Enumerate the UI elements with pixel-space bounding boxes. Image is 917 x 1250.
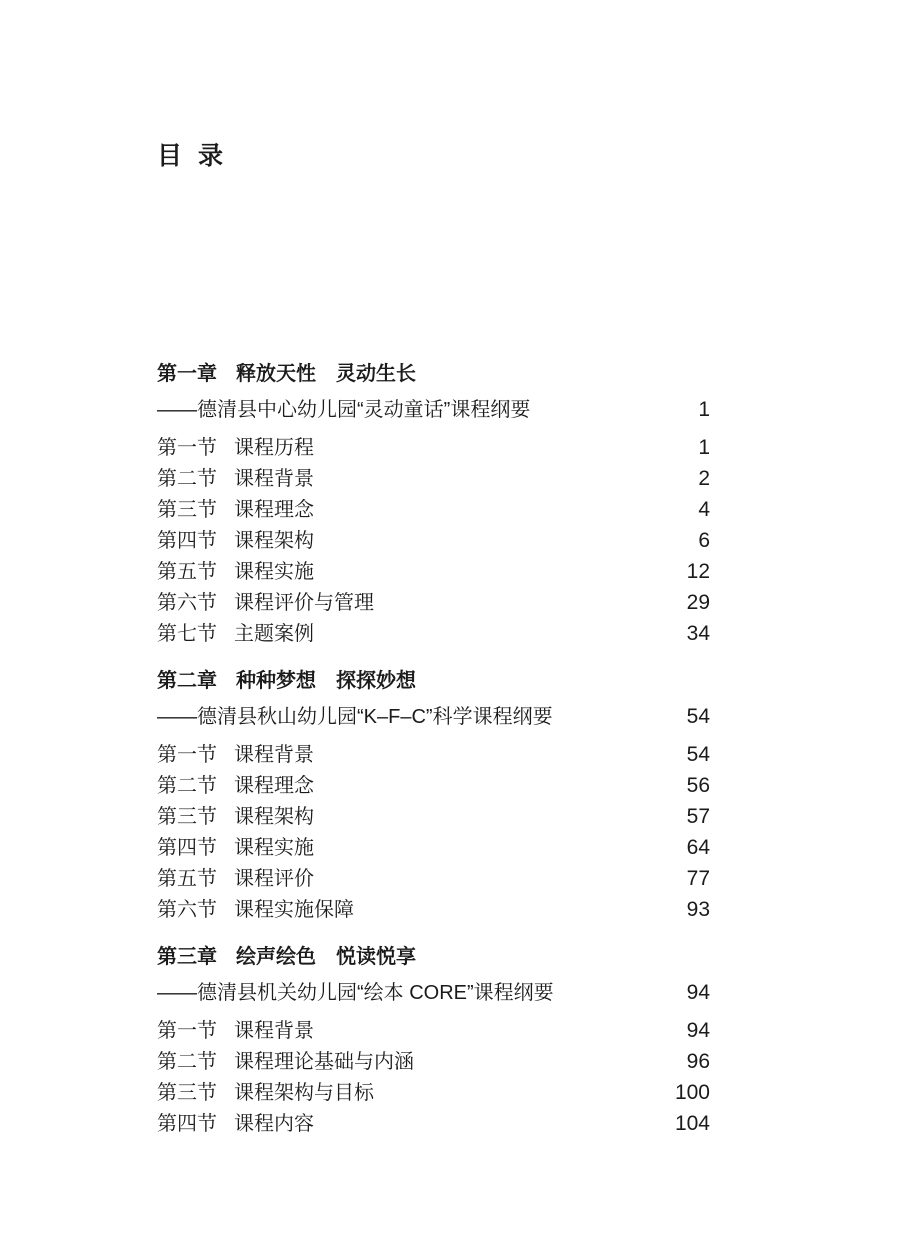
chapter-sections: 第一节课程背景54第二节课程理念56第三节课程架构57第四节课程实施64第五节课… bbox=[157, 739, 710, 925]
chapter-label: 第二章 bbox=[157, 666, 217, 697]
section-label: 第七节 bbox=[157, 619, 217, 650]
chapter-subtitle-row: ——德清县中心幼儿园“灵动童话”课程纲要1 bbox=[157, 394, 710, 425]
chapter-title: 释放天性 灵动生长 bbox=[236, 359, 416, 390]
section-title: 课程评价 bbox=[234, 864, 314, 895]
page-number: 94 bbox=[675, 977, 710, 1008]
page-number: 56 bbox=[675, 770, 710, 801]
page-number: 1 bbox=[686, 432, 710, 463]
section-label: 第六节 bbox=[157, 588, 217, 619]
toc-chapter: 第三章绘声绘色 悦读悦享——德清县机关幼儿园“绘本 CORE”课程纲要94第一节… bbox=[157, 942, 710, 1139]
chapter-subtitle: ——德清县中心幼儿园“灵动童话”课程纲要 bbox=[157, 395, 530, 426]
page-number: 96 bbox=[675, 1046, 710, 1077]
toc-entry: 第三节课程理念4 bbox=[157, 494, 710, 525]
section-title: 课程实施 bbox=[234, 833, 314, 864]
section-title: 课程架构与目标 bbox=[234, 1078, 374, 1109]
page-number: 104 bbox=[663, 1108, 710, 1139]
chapter-subtitle: ——德清县秋山幼儿园“K–F–C”科学课程纲要 bbox=[157, 702, 553, 733]
page-title: 目 录 bbox=[157, 141, 224, 171]
chapter-label: 第一章 bbox=[157, 359, 217, 390]
toc-entry: 第一节课程历程1 bbox=[157, 432, 710, 463]
page-number: 100 bbox=[663, 1077, 710, 1108]
page-number: 6 bbox=[686, 525, 710, 556]
toc-entry: 第七节主题案例34 bbox=[157, 618, 710, 649]
toc-entry: 第六节课程实施保障93 bbox=[157, 894, 710, 925]
page-number: 4 bbox=[686, 494, 710, 525]
toc-entry: 第四节课程架构6 bbox=[157, 525, 710, 556]
section-label: 第三节 bbox=[157, 802, 217, 833]
section-title: 课程实施保障 bbox=[234, 895, 354, 926]
section-label: 第四节 bbox=[157, 833, 217, 864]
chapter-subtitle-row: ——德清县秋山幼儿园“K–F–C”科学课程纲要54 bbox=[157, 701, 710, 732]
section-label: 第一节 bbox=[157, 1016, 217, 1047]
section-title: 课程内容 bbox=[234, 1109, 314, 1140]
toc-entry: 第五节课程评价77 bbox=[157, 863, 710, 894]
section-title: 课程历程 bbox=[234, 433, 314, 464]
section-label: 第一节 bbox=[157, 433, 217, 464]
section-label: 第二节 bbox=[157, 464, 217, 495]
toc-page: 目 录 第一章释放天性 灵动生长——德清县中心幼儿园“灵动童话”课程纲要1第一节… bbox=[0, 0, 917, 1250]
page-number: 93 bbox=[675, 894, 710, 925]
toc-entry: 第三节课程架构与目标100 bbox=[157, 1077, 710, 1108]
toc-entry: 第四节课程内容104 bbox=[157, 1108, 710, 1139]
page-number: 54 bbox=[675, 739, 710, 770]
chapter-title: 绘声绘色 悦读悦享 bbox=[236, 942, 416, 973]
section-label: 第二节 bbox=[157, 1047, 217, 1078]
toc-entry: 第五节课程实施12 bbox=[157, 556, 710, 587]
page-number: 12 bbox=[675, 556, 710, 587]
chapter-heading-row: 第二章种种梦想 探探妙想 bbox=[157, 666, 710, 697]
chapter-title: 种种梦想 探探妙想 bbox=[236, 666, 416, 697]
toc-list: 第一章释放天性 灵动生长——德清县中心幼儿园“灵动童话”课程纲要1第一节课程历程… bbox=[157, 359, 710, 1139]
page-number: 54 bbox=[675, 701, 710, 732]
chapter-subtitle-row: ——德清县机关幼儿园“绘本 CORE”课程纲要94 bbox=[157, 977, 710, 1008]
chapter-subtitle: ——德清县机关幼儿园“绘本 CORE”课程纲要 bbox=[157, 978, 554, 1009]
page-number: 57 bbox=[675, 801, 710, 832]
section-title: 课程背景 bbox=[234, 464, 314, 495]
section-label: 第二节 bbox=[157, 771, 217, 802]
page-number: 2 bbox=[686, 463, 710, 494]
chapter-sections: 第一节课程背景94第二节课程理论基础与内涵96第三节课程架构与目标100第四节课… bbox=[157, 1015, 710, 1139]
page-number: 94 bbox=[675, 1015, 710, 1046]
page-number: 64 bbox=[675, 832, 710, 863]
section-title: 课程理论基础与内涵 bbox=[234, 1047, 414, 1078]
chapter-label: 第三章 bbox=[157, 942, 217, 973]
toc-entry: 第二节课程背景2 bbox=[157, 463, 710, 494]
section-title: 课程实施 bbox=[234, 557, 314, 588]
section-label: 第三节 bbox=[157, 495, 217, 526]
section-title: 主题案例 bbox=[234, 619, 314, 650]
chapter-heading-row: 第一章释放天性 灵动生长 bbox=[157, 359, 710, 390]
page-number: 1 bbox=[686, 394, 710, 425]
section-title: 课程架构 bbox=[234, 802, 314, 833]
chapter-sections: 第一节课程历程1第二节课程背景2第三节课程理念4第四节课程架构6第五节课程实施1… bbox=[157, 432, 710, 649]
toc-entry: 第二节课程理论基础与内涵96 bbox=[157, 1046, 710, 1077]
toc-entry: 第一节课程背景94 bbox=[157, 1015, 710, 1046]
section-label: 第四节 bbox=[157, 1109, 217, 1140]
page-number: 29 bbox=[675, 587, 710, 618]
toc-entry: 第二节课程理念56 bbox=[157, 770, 710, 801]
toc-entry: 第一节课程背景54 bbox=[157, 739, 710, 770]
section-title: 课程理念 bbox=[234, 771, 314, 802]
page-number: 34 bbox=[675, 618, 710, 649]
section-label: 第一节 bbox=[157, 740, 217, 771]
toc-entry: 第三节课程架构57 bbox=[157, 801, 710, 832]
toc-entry: 第四节课程实施64 bbox=[157, 832, 710, 863]
toc-entry: 第六节课程评价与管理29 bbox=[157, 587, 710, 618]
section-label: 第三节 bbox=[157, 1078, 217, 1109]
section-label: 第五节 bbox=[157, 864, 217, 895]
section-title: 课程背景 bbox=[234, 1016, 314, 1047]
chapter-heading-row: 第三章绘声绘色 悦读悦享 bbox=[157, 942, 710, 973]
page-number: 77 bbox=[675, 863, 710, 894]
section-label: 第六节 bbox=[157, 895, 217, 926]
section-label: 第五节 bbox=[157, 557, 217, 588]
section-title: 课程架构 bbox=[234, 526, 314, 557]
section-label: 第四节 bbox=[157, 526, 217, 557]
toc-chapter: 第一章释放天性 灵动生长——德清县中心幼儿园“灵动童话”课程纲要1第一节课程历程… bbox=[157, 359, 710, 649]
toc-chapter: 第二章种种梦想 探探妙想——德清县秋山幼儿园“K–F–C”科学课程纲要54第一节… bbox=[157, 666, 710, 925]
section-title: 课程理念 bbox=[234, 495, 314, 526]
section-title: 课程评价与管理 bbox=[234, 588, 374, 619]
section-title: 课程背景 bbox=[234, 740, 314, 771]
